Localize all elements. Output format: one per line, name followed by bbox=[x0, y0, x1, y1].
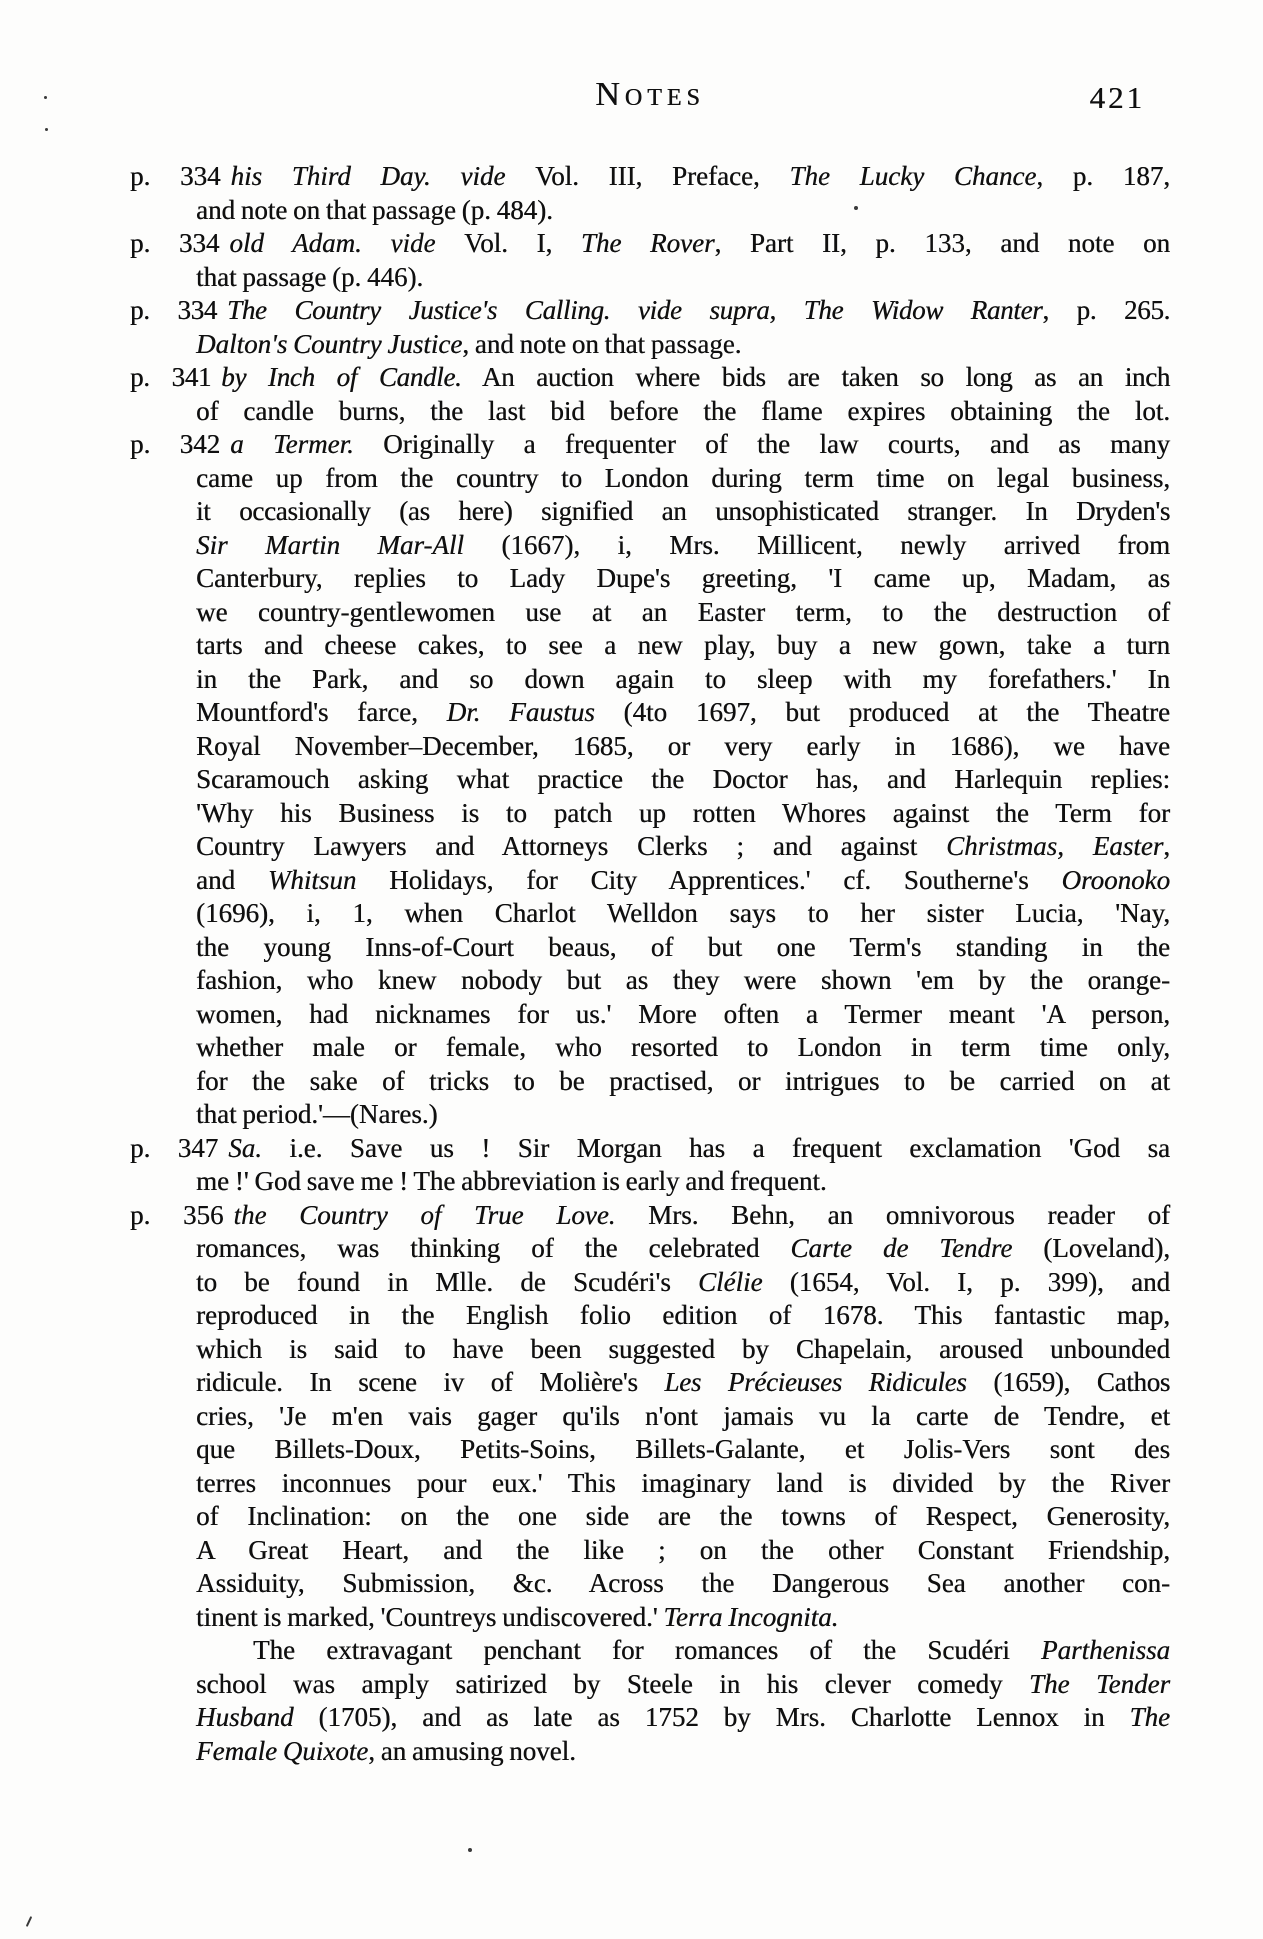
body-text: (Loveland), bbox=[1043, 1233, 1170, 1263]
body-text: of Inclination: on the one side are the … bbox=[196, 1501, 1170, 1531]
text-line: A Great Heart, and the like ; on the oth… bbox=[130, 1534, 1170, 1568]
body-text: (1696), i, 1, when Charlot Welldon says … bbox=[196, 898, 1170, 928]
italic-text: Whitsun bbox=[268, 865, 389, 895]
italic-text: his Third Day. vide bbox=[230, 161, 535, 191]
body-text: fashion, who knew nobody but as they wer… bbox=[196, 965, 1170, 995]
text-line: Royal November–December, 1685, or very e… bbox=[130, 730, 1170, 764]
text-line: The extravagant penchant for romances of… bbox=[130, 1634, 1170, 1668]
text-line: p. 347Sa. i.e. Save us ! Sir Morgan has … bbox=[130, 1132, 1170, 1166]
body-text: in the Park, and so down again to sleep … bbox=[196, 664, 1170, 694]
body-text: whether male or female, who resorted to … bbox=[196, 1032, 1170, 1062]
body-text: (1659), Cathos bbox=[993, 1367, 1170, 1397]
italic-text: Terra Incognita. bbox=[663, 1602, 838, 1632]
page-ref-label: p. 347 bbox=[130, 1133, 228, 1163]
body-text: Scaramouch asking what practice the Doct… bbox=[196, 764, 1170, 794]
italic-text: The Tender bbox=[1029, 1669, 1170, 1699]
text-line: Sir Martin Mar-All (1667), i, Mrs. Milli… bbox=[130, 529, 1170, 563]
text-line: that period.'—(Nares.) bbox=[130, 1098, 1170, 1132]
body-text: (1667), i, Mrs. Millicent, newly arrived… bbox=[501, 530, 1170, 560]
page-ref-label: p. 334 bbox=[130, 228, 229, 258]
body-text: tarts and cheese cakes, to see a new pla… bbox=[196, 630, 1170, 660]
text-line: of candle burns, the last bid before the… bbox=[130, 395, 1170, 429]
body-text: 'Why his Business is to patch up rotten … bbox=[196, 798, 1170, 828]
italic-text: Oroonoko bbox=[1062, 865, 1171, 895]
text-line: ridicule. In scene iv of Molière's Les P… bbox=[130, 1366, 1170, 1400]
italic-text: Sa. bbox=[228, 1133, 262, 1163]
body-text: ridicule. In scene iv of Molière's bbox=[196, 1367, 664, 1397]
body-text: , p. 265. bbox=[1042, 295, 1170, 325]
text-line: Husband (1705), and as late as 1752 by M… bbox=[130, 1701, 1170, 1735]
scan-speck bbox=[468, 1848, 472, 1852]
body-text: i.e. Save us ! Sir Morgan has a frequent… bbox=[262, 1133, 1170, 1163]
text-line: p. 356the Country of True Love. Mrs. Beh… bbox=[130, 1199, 1170, 1233]
text-line: and Whitsun Holidays, for City Apprentic… bbox=[130, 864, 1170, 898]
text-line: tinent is marked, 'Countreys undiscovere… bbox=[130, 1601, 1170, 1635]
body-text: , and note on that passage. bbox=[462, 329, 741, 359]
scan-speck bbox=[26, 1916, 32, 1927]
body-text: A Great Heart, and the like ; on the oth… bbox=[196, 1535, 1170, 1565]
text-line: whether male or female, who resorted to … bbox=[130, 1031, 1170, 1065]
text-line: and note on that passage (p. 484). bbox=[130, 194, 1170, 228]
text-line: Country Lawyers and Attorneys Clerks ; a… bbox=[130, 830, 1170, 864]
italic-text: The Country Justice's Calling. vide supr… bbox=[227, 295, 1042, 325]
body-text: of candle burns, the last bid before the… bbox=[196, 396, 1170, 426]
text-line: p. 342a Termer. Originally a frequenter … bbox=[130, 428, 1170, 462]
text-line: in the Park, and so down again to sleep … bbox=[130, 663, 1170, 697]
text-line: women, had nicknames for us.' More often… bbox=[130, 998, 1170, 1032]
body-text: Mrs. Behn, an omnivorous reader of bbox=[615, 1200, 1170, 1230]
text-line: 'Why his Business is to patch up rotten … bbox=[130, 797, 1170, 831]
body-text: the young Inns-of-Court beaus, of but on… bbox=[196, 932, 1170, 962]
body-text: tinent is marked, 'Countreys undiscovere… bbox=[196, 1602, 663, 1632]
body-text: we country-gentlewomen use at an Easter … bbox=[196, 597, 1170, 627]
text-line: that passage (p. 446). bbox=[130, 261, 1170, 295]
body-text: Royal November–December, 1685, or very e… bbox=[196, 731, 1170, 761]
page-ref-label: p. 341 bbox=[130, 362, 221, 392]
italic-text: Clélie bbox=[698, 1267, 790, 1297]
scan-speck bbox=[854, 206, 858, 210]
body-text: romances, was thinking of the celebrated bbox=[196, 1233, 790, 1263]
notes-body: p. 334his Third Day. vide Vol. III, Pref… bbox=[130, 160, 1170, 1768]
text-line: the young Inns-of-Court beaus, of but on… bbox=[130, 931, 1170, 965]
body-text: , an amusing novel. bbox=[368, 1736, 576, 1766]
book-page: Notes 421 p. 334his Third Day. vide Vol.… bbox=[0, 0, 1263, 1939]
italic-text: a Termer. bbox=[230, 429, 354, 459]
body-text: and bbox=[196, 865, 268, 895]
text-line: p. 341by Inch of Candle. An auction wher… bbox=[130, 361, 1170, 395]
text-line: tarts and cheese cakes, to see a new pla… bbox=[130, 629, 1170, 663]
body-text: Originally a frequenter of the law court… bbox=[354, 429, 1170, 459]
text-line: it occasionally (as here) signified an u… bbox=[130, 495, 1170, 529]
body-text: me !' God save me ! The abbreviation is … bbox=[196, 1166, 827, 1196]
body-text: (1705), and as late as 1752 by Mrs. Char… bbox=[318, 1702, 1129, 1732]
text-line: for the sake of tricks to be practised, … bbox=[130, 1065, 1170, 1099]
scan-speck bbox=[45, 128, 48, 131]
page-title: Notes bbox=[130, 76, 1170, 114]
body-text: came up from the country to London durin… bbox=[196, 463, 1170, 493]
body-text: Assiduity, Submission, &c. Across the Da… bbox=[196, 1568, 1170, 1598]
scan-speck bbox=[44, 96, 47, 99]
text-line: romances, was thinking of the celebrated… bbox=[130, 1232, 1170, 1266]
text-line: p. 334The Country Justice's Calling. vid… bbox=[130, 294, 1170, 328]
body-text: Vol. III, Preface, bbox=[535, 161, 789, 191]
body-text: (4to 1697, but produced at the Theatre bbox=[624, 697, 1170, 727]
body-text: The extravagant penchant for romances of… bbox=[253, 1635, 1041, 1665]
text-line: me !' God save me ! The abbreviation is … bbox=[130, 1165, 1170, 1199]
text-line: of Inclination: on the one side are the … bbox=[130, 1500, 1170, 1534]
text-line: Scaramouch asking what practice the Doct… bbox=[130, 763, 1170, 797]
italic-text: Carte de Tendre bbox=[790, 1233, 1043, 1263]
text-line: Assiduity, Submission, &c. Across the Da… bbox=[130, 1567, 1170, 1601]
italic-text: Parthenissa bbox=[1041, 1635, 1170, 1665]
italic-text: the Country of True Love. bbox=[233, 1200, 615, 1230]
italic-text: Christmas, Easter bbox=[946, 831, 1163, 861]
body-text: , bbox=[1163, 831, 1170, 861]
body-text: Holidays, for City Apprentices.' cf. Sou… bbox=[389, 865, 1061, 895]
text-line: p. 334old Adam. vide Vol. I, The Rover, … bbox=[130, 227, 1170, 261]
body-text: An auction where bids are taken so long … bbox=[461, 362, 1170, 392]
body-text: reproduced in the English folio edition … bbox=[196, 1300, 1170, 1330]
body-text: terres inconnues pour eux.' This imagina… bbox=[196, 1468, 1170, 1498]
text-line: cries, 'Je m'en vais gager qu'ils n'ont … bbox=[130, 1400, 1170, 1434]
italic-text: old Adam. vide bbox=[229, 228, 464, 258]
body-text: women, had nicknames for us.' More often… bbox=[196, 999, 1170, 1029]
text-line: Canterbury, replies to Lady Dupe's greet… bbox=[130, 562, 1170, 596]
page-ref-label: p. 334 bbox=[130, 295, 227, 325]
body-text: that passage (p. 446). bbox=[196, 262, 423, 292]
italic-text: Les Précieuses Ridicules bbox=[664, 1367, 993, 1397]
body-text: (1654, Vol. I, p. 399), and bbox=[790, 1267, 1170, 1297]
italic-text: The Rover bbox=[581, 228, 715, 258]
italic-text: by Inch of Candle. bbox=[221, 362, 461, 392]
text-line: terres inconnues pour eux.' This imagina… bbox=[130, 1467, 1170, 1501]
text-line: Mountford's farce, Dr. Faustus (4to 1697… bbox=[130, 696, 1170, 730]
italic-text: Sir Martin Mar-All bbox=[196, 530, 501, 560]
text-line: to be found in Mlle. de Scudéri's Clélie… bbox=[130, 1266, 1170, 1300]
italic-text: Dr. Faustus bbox=[447, 697, 624, 727]
page-ref-label: p. 334 bbox=[130, 161, 230, 191]
page-number: 421 bbox=[1090, 80, 1146, 116]
text-line: Dalton's Country Justice, and note on th… bbox=[130, 328, 1170, 362]
body-text: Vol. I, bbox=[464, 228, 581, 258]
text-line: (1696), i, 1, when Charlot Welldon says … bbox=[130, 897, 1170, 931]
body-text: for the sake of tricks to be practised, … bbox=[196, 1066, 1170, 1096]
body-text: , p. 187, bbox=[1036, 161, 1170, 191]
body-text: it occasionally (as here) signified an u… bbox=[196, 496, 1170, 526]
page-ref-label: p. 356 bbox=[130, 1200, 233, 1230]
text-line: fashion, who knew nobody but as they wer… bbox=[130, 964, 1170, 998]
body-text: cries, 'Je m'en vais gager qu'ils n'ont … bbox=[196, 1401, 1170, 1431]
body-text: and note on that passage (p. 484). bbox=[196, 195, 553, 225]
text-line: which is said to have been suggested by … bbox=[130, 1333, 1170, 1367]
body-text: Canterbury, replies to Lady Dupe's greet… bbox=[196, 563, 1170, 593]
italic-text: The Lucky Chance bbox=[789, 161, 1036, 191]
text-line: Female Quixote, an amusing novel. bbox=[130, 1735, 1170, 1769]
body-text: , Part II, p. 133, and note on bbox=[715, 228, 1170, 258]
body-text: school was amply satirized by Steele in … bbox=[196, 1669, 1029, 1699]
text-line: p. 334his Third Day. vide Vol. III, Pref… bbox=[130, 160, 1170, 194]
italic-text: Husband bbox=[196, 1702, 318, 1732]
italic-text: Female Quixote bbox=[196, 1736, 368, 1766]
body-text: Mountford's farce, bbox=[196, 697, 447, 727]
body-text: which is said to have been suggested by … bbox=[196, 1334, 1170, 1364]
text-line: reproduced in the English folio edition … bbox=[130, 1299, 1170, 1333]
body-text: that period.'—(Nares.) bbox=[196, 1099, 438, 1129]
italic-text: The bbox=[1129, 1702, 1170, 1732]
page-ref-label: p. 342 bbox=[130, 429, 230, 459]
text-line: que Billets-Doux, Petits-Soins, Billets-… bbox=[130, 1433, 1170, 1467]
italic-text: Dalton's Country Justice bbox=[196, 329, 462, 359]
text-line: came up from the country to London durin… bbox=[130, 462, 1170, 496]
body-text: Country Lawyers and Attorneys Clerks ; a… bbox=[196, 831, 946, 861]
body-text: to be found in Mlle. de Scudéri's bbox=[196, 1267, 698, 1297]
body-text: que Billets-Doux, Petits-Soins, Billets-… bbox=[196, 1434, 1170, 1464]
text-line: school was amply satirized by Steele in … bbox=[130, 1668, 1170, 1702]
text-line: we country-gentlewomen use at an Easter … bbox=[130, 596, 1170, 630]
